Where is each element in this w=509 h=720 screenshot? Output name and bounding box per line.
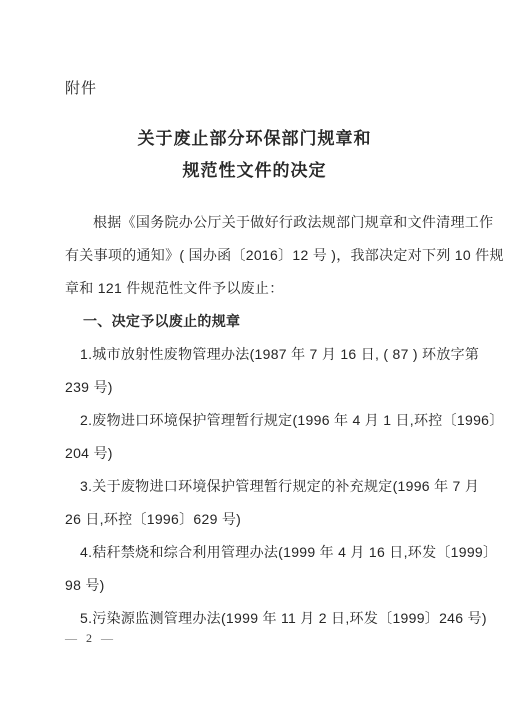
list-item-line: 98 号) [65,569,455,602]
list-item-line: 3.关于废物进口环境保护管理暂行规定的补充规定(1996 年 7 月 [65,470,455,503]
body-line: 根据《国务院办公厅关于做好行政法规部门规章和文件清理工作 [65,206,455,239]
list-item-line: 239 号) [65,371,455,404]
list-item-line: 26 日,环控〔1996〕629 号) [65,503,455,536]
body-line: 章和 121 件规范性文件予以废止： [65,272,455,305]
page-footer: —2— [65,630,113,646]
footer-left-dash: — [65,631,77,645]
list-item-line: 5.污染源监测管理办法(1999 年 11 月 2 日,环发〔1999〕246 … [65,602,455,635]
list-item-line: 204 号) [65,437,455,470]
document-title-line-2: 规范性文件的决定 [0,155,509,187]
footer-right-dash: — [101,631,113,645]
document-title-line-1: 关于废止部分环保部门规章和 [0,123,509,155]
attachment-label: 附件 [65,79,97,99]
section-heading: 一、决定予以废止的规章 [65,305,455,338]
document-title: 关于废止部分环保部门规章和 规范性文件的决定 [0,123,509,187]
list-item-line: 4.秸秆禁烧和综合利用管理办法(1999 年 4 月 16 日,环发〔1999〕 [65,536,455,569]
document-body: 根据《国务院办公厅关于做好行政法规部门规章和文件清理工作 有关事项的通知》( 国… [65,206,455,635]
page-number: 2 [86,631,92,645]
document-page: 附件 关于废止部分环保部门规章和 规范性文件的决定 根据《国务院办公厅关于做好行… [0,0,509,720]
list-item-line: 2.废物进口环境保护管理暂行规定(1996 年 4 月 1 日,环控〔1996〕 [65,404,455,437]
body-line: 有关事项的通知》( 国办函〔2016〕12 号 )，我部决定对下列 10 件规 [65,239,455,272]
list-item-line: 1.城市放射性废物管理办法(1987 年 7 月 16 日, ( 87 ) 环放… [65,338,455,371]
